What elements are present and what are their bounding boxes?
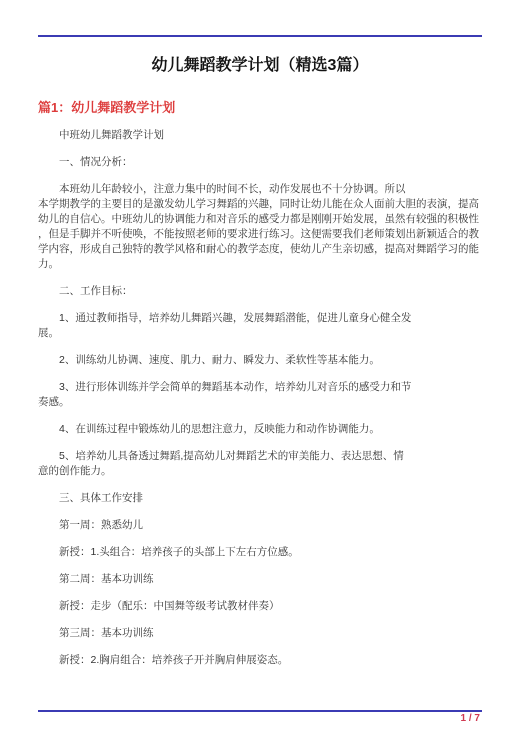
document-content: 幼儿舞蹈教学计划（精选3篇） 篇1：幼儿舞蹈教学计划 中班幼儿舞蹈教学计划 一、… [38,56,482,680]
bottom-rule-divider [38,710,482,712]
paragraph: 4、在训练过程中锻炼幼儿的思想注意力，反映能力和动作协调能力。 [38,422,482,437]
paragraph: 第一周：熟悉幼儿 [38,518,482,533]
paragraph: 2、训练幼儿协调、速度、肌力、耐力、瞬发力、柔软性等基本能力。 [38,353,482,368]
section-heading: 篇1：幼儿舞蹈教学计划 [38,100,482,116]
paragraph: 1、通过教师指导，培养幼儿舞蹈兴趣，发展舞蹈潜能，促进儿童身心健全发 展。 [38,311,482,341]
paragraph: 第三周：基本功训练 [38,626,482,641]
document-page: 幼儿舞蹈教学计划（精选3篇） 篇1：幼儿舞蹈教学计划 中班幼儿舞蹈教学计划 一、… [0,0,520,735]
top-rule-divider [38,35,482,37]
paragraph: 新授：走步（配乐：中国舞等级考试教材伴奏） [38,599,482,614]
document-title: 幼儿舞蹈教学计划（精选3篇） [38,56,482,76]
paragraph: 一、情况分析： [38,155,482,170]
paragraph: 第二周：基本功训练 [38,572,482,587]
paragraph: 新授：2.胸肩组合：培养孩子开并胸肩伸展姿态。 [38,653,482,668]
paragraph: 中班幼儿舞蹈教学计划 [38,128,482,143]
paragraph: 3、进行形体训练并学会简单的舞蹈基本动作，培养幼儿对音乐的感受力和节 奏感。 [38,380,482,410]
paragraph: 5、培养幼儿具备透过舞蹈,提高幼儿对舞蹈艺术的审美能力、表达思想、情 意的创作能… [38,449,482,479]
paragraph: 三、具体工作安排 [38,491,482,506]
paragraph: 二、工作目标： [38,284,482,299]
page-number-indicator: 1 / 7 [461,713,480,725]
paragraph: 本班幼儿年龄较小，注意力集中的时间不长，动作发展也不十分协调。所以 本学期教学的… [38,182,482,272]
paragraph: 新授：1.头组合：培养孩子的头部上下左右方位感。 [38,545,482,560]
